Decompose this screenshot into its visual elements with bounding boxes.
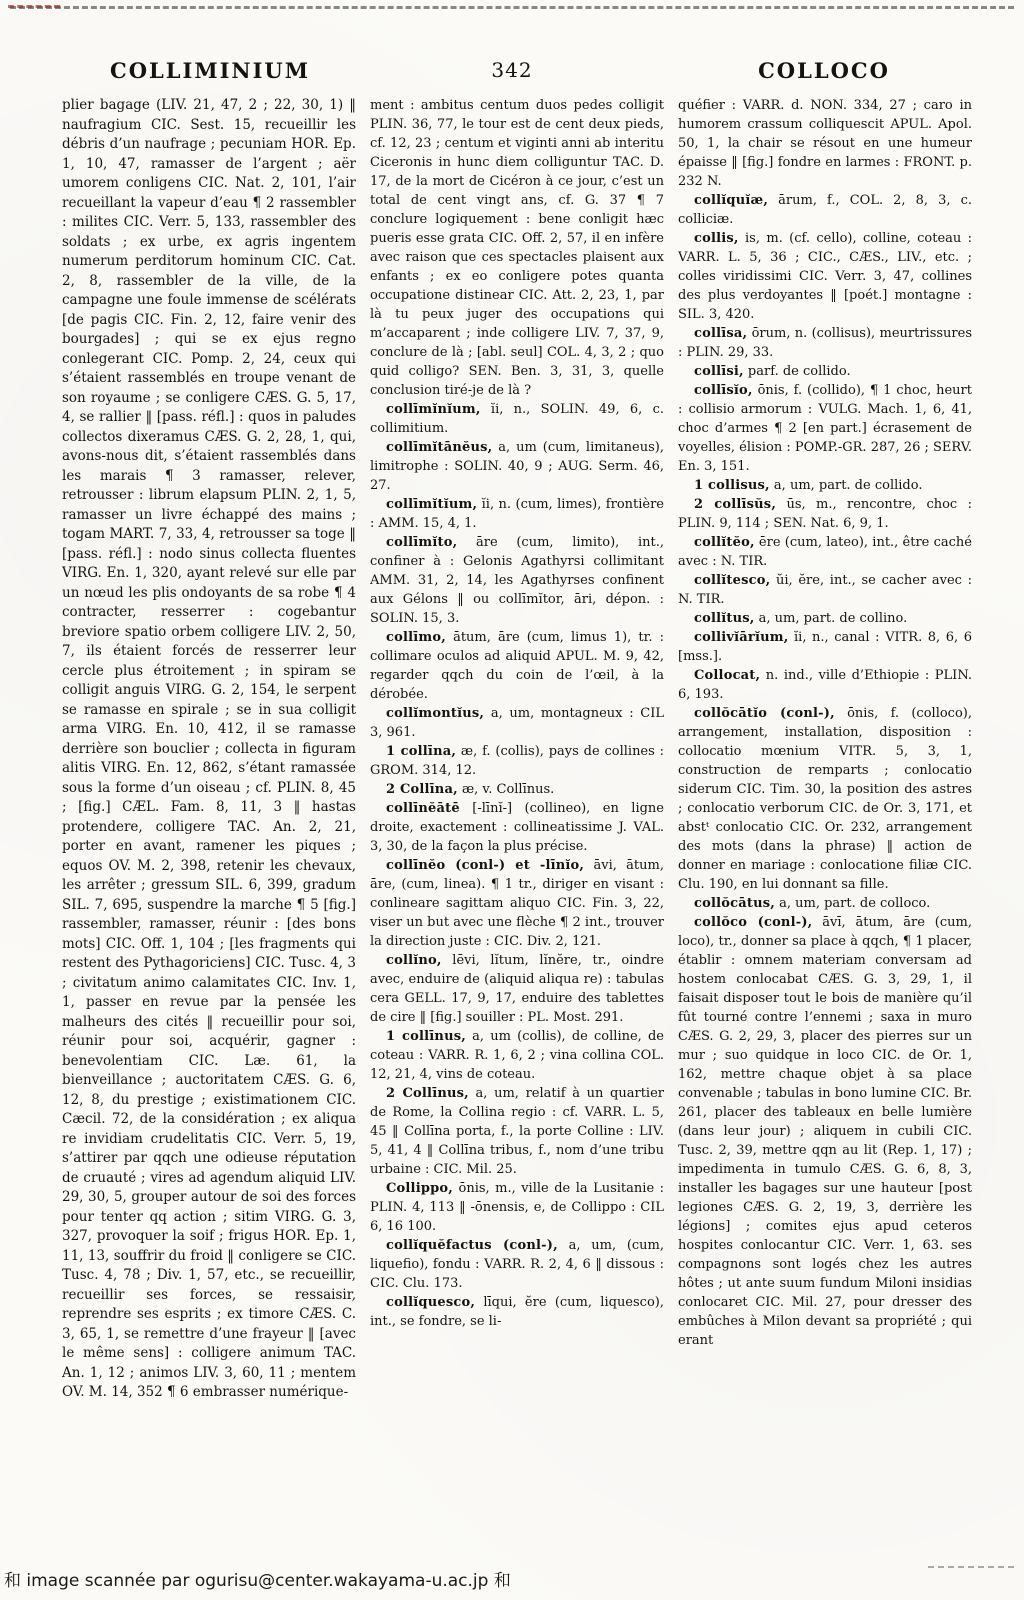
entry-headword: collīmĭtĭum, — [386, 497, 477, 512]
dictionary-entry: collĭquĕfactus (conl-), a, um, (cum, liq… — [370, 1236, 664, 1293]
entry-headword: 1 collisus, — [694, 478, 770, 493]
column-2: ment : ambitus centum duos pedes colligi… — [370, 96, 664, 1544]
dictionary-entry: collīmo, ātum, āre (cum, limus 1), tr. :… — [370, 628, 664, 704]
dictionary-entry: Collocat, n. ind., ville d’Ethiopie : PL… — [678, 666, 972, 704]
dictionary-entry: 2 Collīna, æ, v. Collīnus. — [370, 780, 664, 799]
dictionary-entry: collīsi, parf. de collido. — [678, 362, 972, 381]
entry-headword: collĭquĭæ, — [694, 193, 768, 208]
running-head-right: COLLOCO — [676, 58, 972, 83]
dictionary-entry: collĭtesco, ŭi, ĕre, int., se cacher ave… — [678, 571, 972, 609]
dictionary-entry: collŏcātĭo (conl-), ōnis, f. (colloco), … — [678, 704, 972, 894]
entry-headword: collīsi, — [694, 364, 744, 379]
dictionary-entry: collīsa, ōrum, n. (collisus), meurtrissu… — [678, 324, 972, 362]
entry-headword: collĭquĕfactus (conl-), — [386, 1238, 558, 1253]
dictionary-entry: collīmĭnĭum, ĭi, n., SOLIN. 49, 6, c. co… — [370, 400, 664, 438]
scan-edge-artifact-red — [8, 5, 60, 8]
entry-headword: collīmo, — [386, 630, 446, 645]
entry-headword: collĭno, — [386, 953, 442, 968]
scan-edge-artifact — [10, 6, 1014, 9]
entry-headword: collīmĭnĭum, — [386, 402, 481, 417]
entry-headword: collis, — [694, 231, 739, 246]
column-1: plier bagage (LIV. 21, 47, 2 ; 22, 30, 1… — [62, 96, 356, 1544]
dictionary-entry: collĭtĕo, ēre (cum, lateo), int., être c… — [678, 533, 972, 571]
entry-headword: collīsa, — [694, 326, 747, 341]
column-paragraph: plier bagage (LIV. 21, 47, 2 ; 22, 30, 1… — [62, 96, 356, 1403]
dictionary-entry: collĭno, lēvi, lĭtum, lĭnĕre, tr., oindr… — [370, 951, 664, 1027]
dictionary-entry: collĭquesco, līqui, ĕre (cum, liquesco),… — [370, 1293, 664, 1331]
dictionary-entry: Collippo, ōnis, m., ville de la Lusitani… — [370, 1179, 664, 1236]
entry-headword: collĭtĕo, — [694, 535, 755, 550]
dictionary-entry: collīnĕātē [-līnĭ-] (collineo), en ligne… — [370, 799, 664, 856]
dictionary-entry: collīmĭtānĕus, a, um (cum, limitaneus), … — [370, 438, 664, 495]
entry-headword: collĭmontĭus, — [386, 706, 484, 721]
dictionary-entry: 2 Collīnus, a, um, relatif à un quartier… — [370, 1084, 664, 1179]
entry-headword: collivĭārĭum, — [694, 630, 788, 645]
entry-headword: collīsĭo, — [694, 383, 753, 398]
dictionary-entry: collĭquĭæ, ārum, f., COL. 2, 8, 3, c. co… — [678, 191, 972, 229]
dictionary-columns: plier bagage (LIV. 21, 47, 2 ; 22, 30, 1… — [62, 96, 972, 1544]
dictionary-entry: 1 collisus, a, um, part. de collido. — [678, 476, 972, 495]
column-paragraph: ment : ambitus centum duos pedes colligi… — [370, 96, 664, 400]
running-header: COLLIMINIUM 342 COLLOCO — [0, 58, 1024, 90]
scan-credit-footer: 和 image scannée par ogurisu@center.wakay… — [4, 1566, 1020, 1591]
entry-headword: collŏco (conl-), — [694, 915, 812, 930]
dictionary-entry: collivĭārĭum, ĭi, n., canal : VITR. 8, 6… — [678, 628, 972, 666]
entry-headword: collīmĭtānĕus, — [386, 440, 492, 455]
column-3: quéfier : VARR. d. NON. 334, 27 ; caro i… — [678, 96, 972, 1544]
dictionary-entry: 1 collīnus, a, um (collis), de colline, … — [370, 1027, 664, 1084]
entry-headword: collŏcātĭo (conl-), — [694, 706, 835, 721]
column-paragraph: quéfier : VARR. d. NON. 334, 27 ; caro i… — [678, 96, 972, 191]
entry-headword: 2 collīsŭs, — [694, 497, 776, 512]
dictionary-entry: collīnĕo (conl-) et -līnĭo, āvi, ātum, ā… — [370, 856, 664, 951]
dictionary-entry: 1 collīna, æ, f. (collis), pays de colli… — [370, 742, 664, 780]
dictionary-entry: collĭtus, a, um, part. de collino. — [678, 609, 972, 628]
dictionary-entry: collīsĭo, ōnis, f. (collido), ¶ 1 choc, … — [678, 381, 972, 476]
entry-headword: 2 Collīna, — [386, 782, 458, 797]
dictionary-entry: collīmĭtĭum, ĭi, n. (cum, limes), fronti… — [370, 495, 664, 533]
entry-headword: Collippo, — [386, 1181, 453, 1196]
dictionary-entry: collŏcātus, a, um, part. de colloco. — [678, 894, 972, 913]
dictionary-entry: collīmĭto, āre (cum, limito), int., conf… — [370, 533, 664, 628]
entry-headword: collŏcātus, — [694, 896, 775, 911]
entry-headword: 1 collīna, — [386, 744, 456, 759]
entry-headword: collĭtesco, — [694, 573, 770, 588]
entry-headword: 1 collīnus, — [386, 1029, 466, 1044]
dictionary-entry: collŏco (conl-), āvī, ātum, āre (cum, lo… — [678, 913, 972, 1350]
entry-headword: 2 Collīnus, — [386, 1086, 469, 1101]
entry-headword: collīnĕātē — [386, 801, 460, 816]
entry-headword: Collocat, — [694, 668, 760, 683]
entry-headword: collĭtus, — [694, 611, 755, 626]
dictionary-entry: collis, is, m. (cf. cello), colline, cot… — [678, 229, 972, 324]
entry-headword: collĭquesco, — [386, 1295, 475, 1310]
entry-headword: collīmĭto, — [386, 535, 457, 550]
entry-headword: collīnĕo (conl-) et -līnĭo, — [386, 858, 584, 873]
dictionary-entry: 2 collīsŭs, ūs, m., rencontre, choc : PL… — [678, 495, 972, 533]
dictionary-entry: collĭmontĭus, a, um, montagneux : CIL 3,… — [370, 704, 664, 742]
